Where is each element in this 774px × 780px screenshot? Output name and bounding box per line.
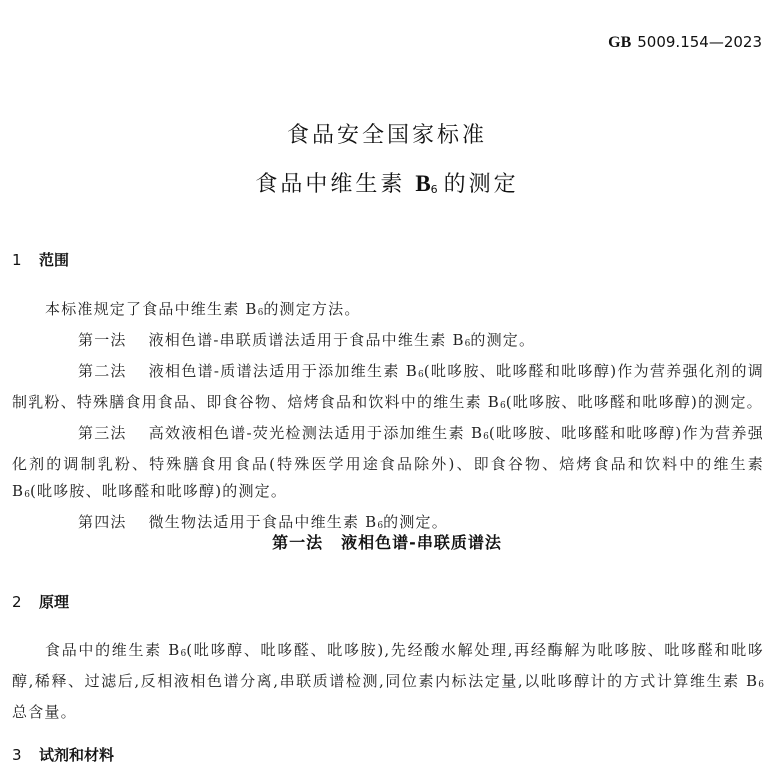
- standard-prefix: GB: [608, 34, 631, 51]
- section-heading-reagents: 3试剂和材料: [12, 744, 114, 765]
- scope-method-1: 第一法液相色谱-串联质谱法适用于食品中维生素 B6的测定。: [12, 327, 764, 358]
- document-title: 食品安全国家标准: [0, 118, 774, 149]
- vitamin-symbol: B: [415, 171, 430, 196]
- principle-body: 食品中的维生素 B6(吡哆醇、吡哆醛、吡哆胺),先经酸水解处理,再经酶解为吡哆胺…: [12, 637, 764, 726]
- section-heading-principle: 2原理: [12, 591, 69, 612]
- document-subtitle: 食品中维生素 B6的测定: [0, 167, 774, 198]
- scope-method-2: 第二法液相色谱-质谱法适用于添加维生素 B6(吡哆胺、吡哆醛和吡哆醇)作为营养强…: [12, 358, 764, 420]
- section-heading-scope: 1范围: [12, 249, 69, 270]
- standard-code: 5009.154—2023: [637, 33, 762, 51]
- scope-method-3: 第三法高效液相色谱-荧光检测法适用于添加维生素 B6(吡哆胺、吡哆醛和吡哆醇)作…: [12, 420, 764, 509]
- scope-body: 本标准规定了食品中维生素 B6的测定方法。 第一法液相色谱-串联质谱法适用于食品…: [12, 296, 764, 540]
- method-one-heading: 第一法液相色谱-串联质谱法: [0, 530, 774, 553]
- scope-intro: 本标准规定了食品中维生素 B6的测定方法。: [12, 296, 764, 327]
- standard-number: GB5009.154—2023: [608, 33, 762, 52]
